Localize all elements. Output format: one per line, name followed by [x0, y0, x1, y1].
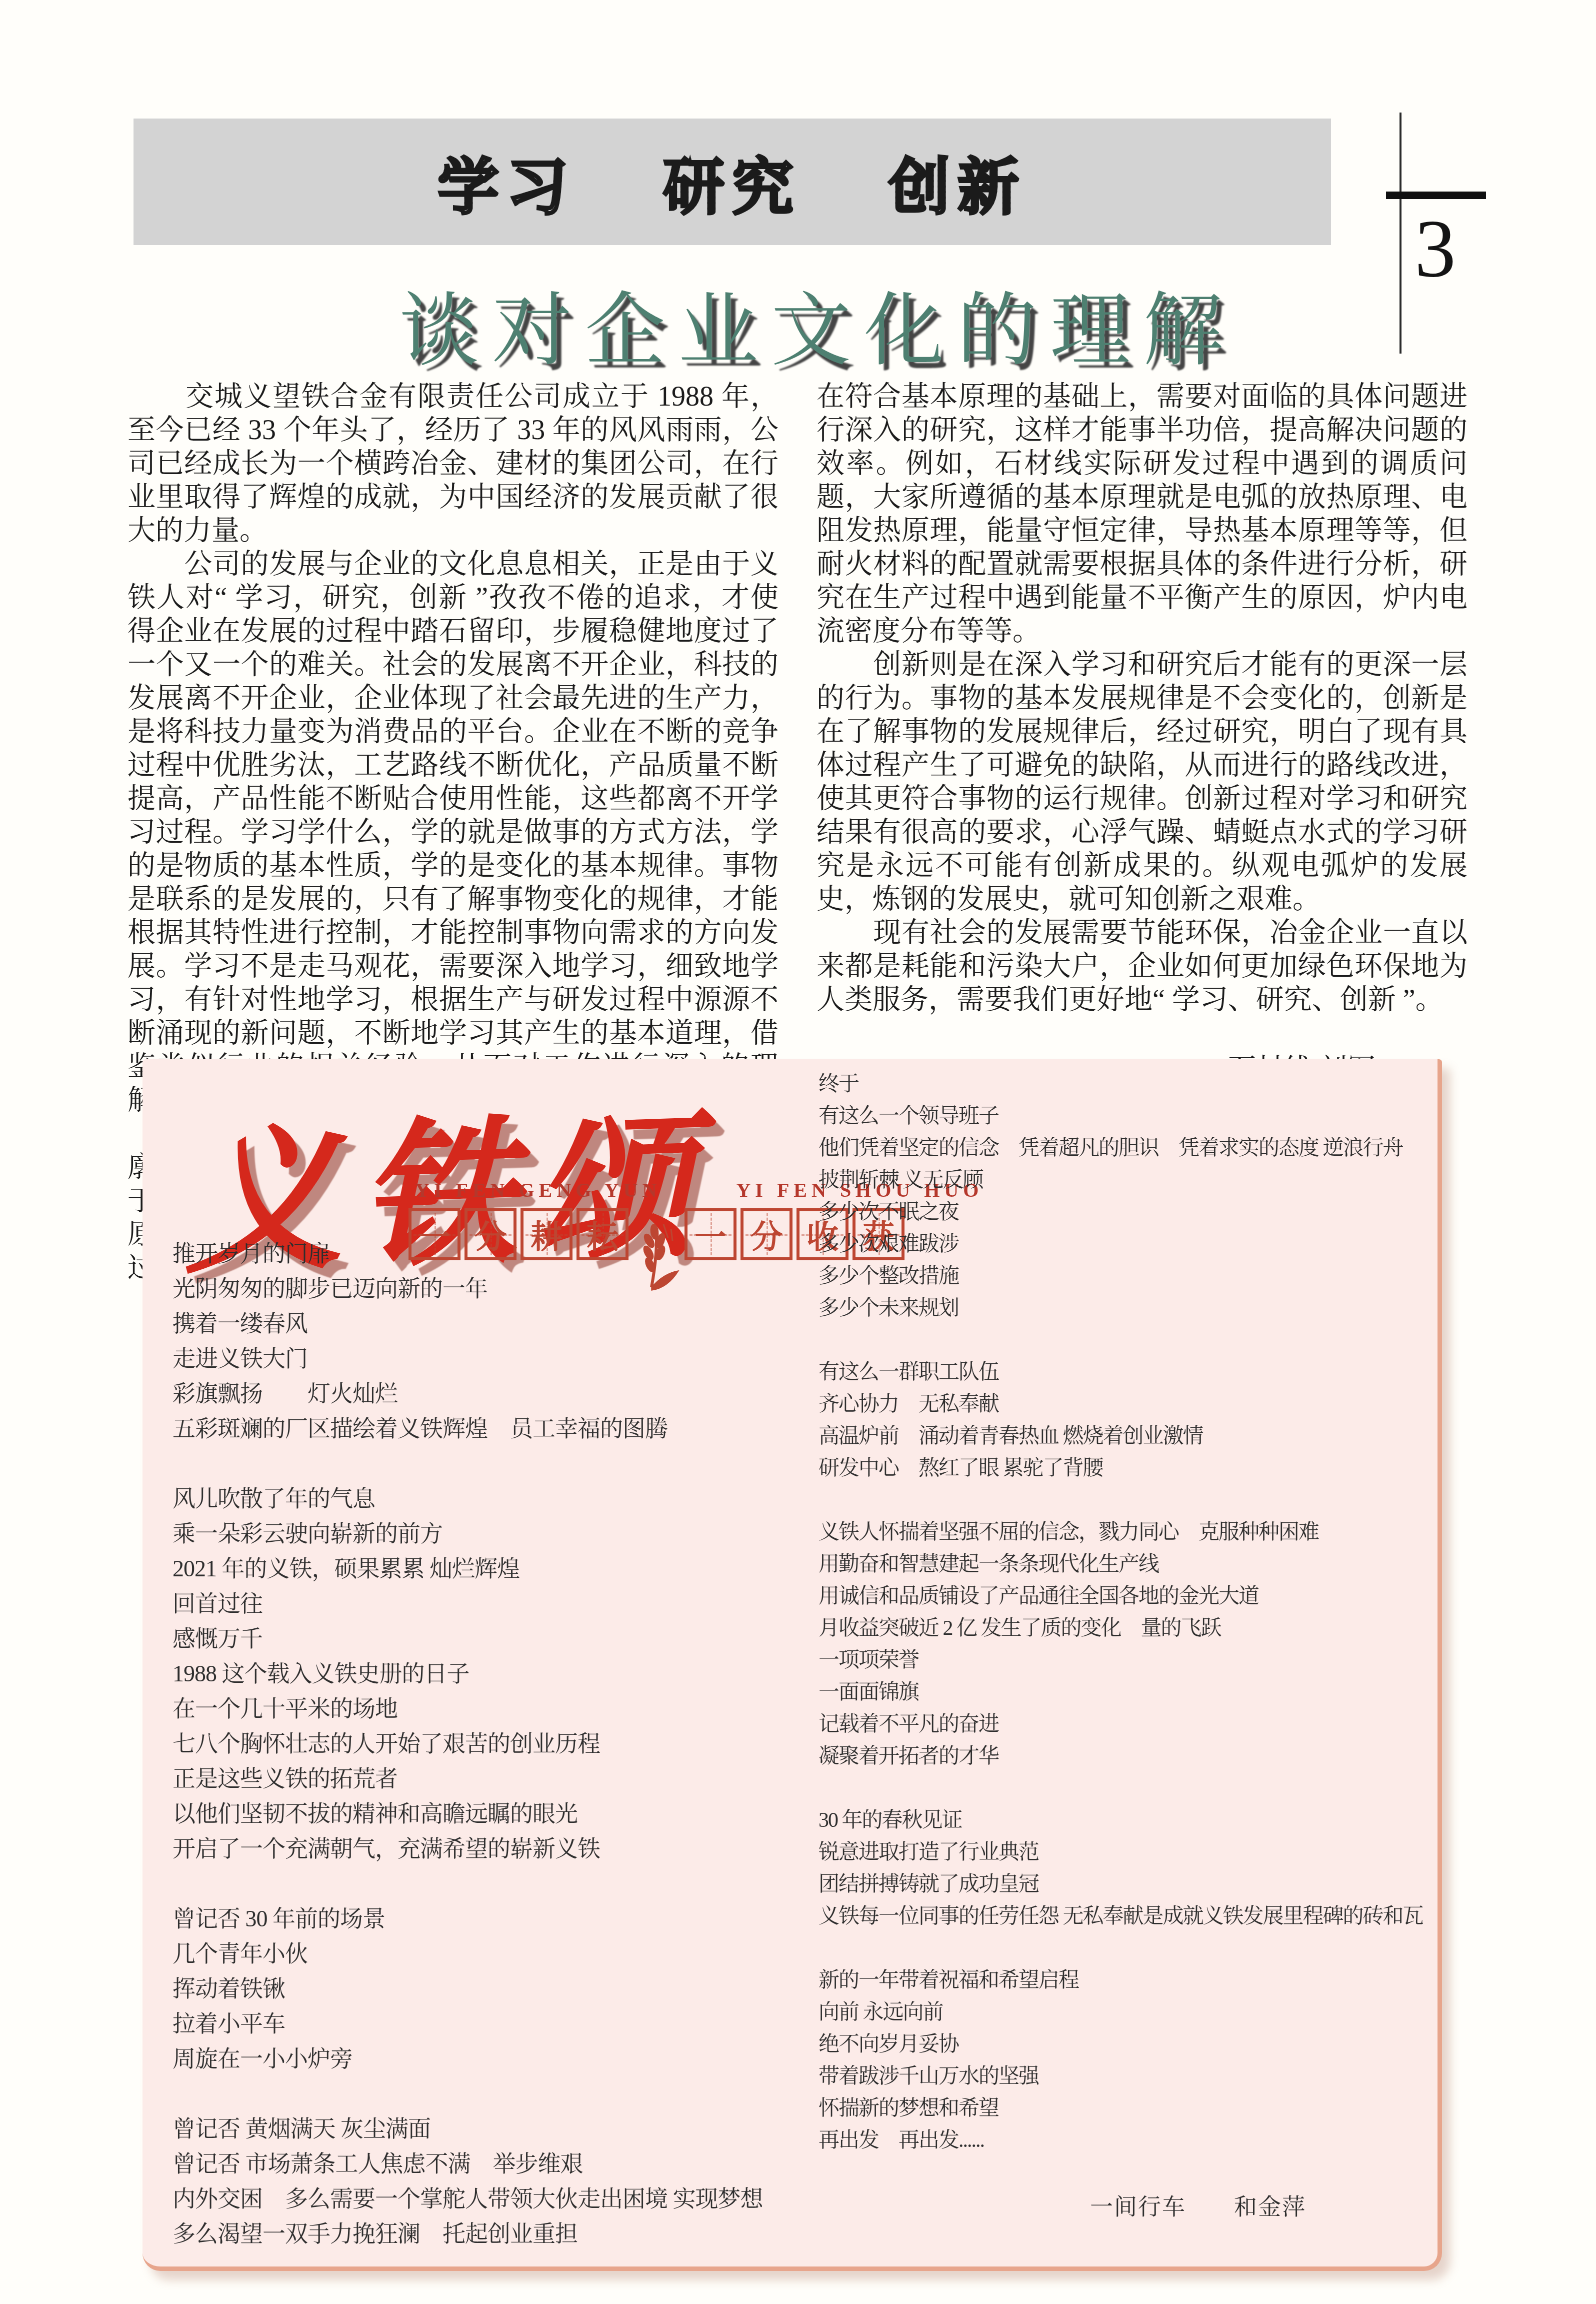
poem-line: 有这么一群职工队伍 [818, 1355, 1423, 1387]
poem-line: 一项项荣誉 [818, 1643, 1423, 1675]
poem-author-signature: 一间行车 和金萍 [1090, 2188, 1306, 2221]
poem-line: 多么渴望一双手力挽狂澜 托起创业重担 [172, 2215, 763, 2250]
poem-line: 团结拼搏铸就了成功皇冠 [818, 1867, 1423, 1899]
article-paragraph: 交城义望铁合金有限责任公司成立于 1988 年，至今已经 33 个年头了，经历了… [127, 380, 778, 548]
article-title: 谈对企业文化的理解 [399, 266, 1236, 381]
poem-line: 凝聚着开拓者的才华 [818, 1739, 1423, 1771]
poem-line: 锐意进取打造了行业典范 [818, 1835, 1423, 1867]
poem-line: 推开岁月的门扉 [172, 1235, 763, 1270]
pinyin-left: YI FEN GENG YUN [415, 1178, 661, 1202]
poem-line: 周旋在一小小炉旁 [172, 2040, 763, 2075]
poem-line: 开启了一个充满朝气，充满希望的崭新义铁 [172, 1830, 763, 1865]
poem-line: 披荆斩棘 义无反顾 [818, 1163, 1423, 1195]
poem-line: 以他们坚韧不拔的精神和高瞻远瞩的眼光 [172, 1795, 763, 1830]
poem-line: 几个青年小伙 [172, 1935, 763, 1970]
article-paragraph: 创新则是在深入学习和研究后才能有的更深一层的行为。事物的基本发展规律是不会变化的… [816, 648, 1467, 916]
poem-line: 光阴匆匆的脚步已迈向新的一年 [172, 1270, 763, 1305]
article-paragraph: 现有社会的发展需要节能环保，冶金企业一直以来都是耗能和污染大户，企业如何更加绿色… [816, 916, 1467, 1017]
poem-line: 30 年的春秋见证 [818, 1803, 1423, 1835]
poem-line: 怀揣新的梦想和希望 [818, 2091, 1423, 2123]
poem-line: 多少次艰难跋涉 [818, 1227, 1423, 1259]
poem-line [172, 1865, 763, 1900]
crop-mark-horizontal-line [1386, 192, 1486, 199]
poem-line: 高温炉前 涌动着青春热血 燃烧着创业激情 [818, 1419, 1423, 1451]
poem-line: 乘一朵彩云驶向崭新的前方 [172, 1515, 763, 1550]
article-column-right-paragraphs: 在符合基本原理的基础上，需要对面临的具体问题进行深入的研究，这样才能事半功倍，提… [816, 380, 1467, 1017]
poem-line: 义铁人怀揣着坚强不屈的信念，戮力同心 克服种种困难 [818, 1515, 1423, 1547]
poem-line: 正是这些义铁的拓荒者 [172, 1760, 763, 1795]
header-word-study: 学习 [438, 138, 576, 226]
section-header-band: 学习 研究 创新 [133, 119, 1331, 245]
poem-box: 义铁颂 YI FEN GENG YUN YI FEN SHOU HUO 一分耕耘 [142, 1059, 1442, 2271]
poem-line: 彩旗飘扬 灯火灿烂 [172, 1375, 763, 1410]
poem-line: 内外交困 多么需要一个掌舵人带领大伙走出困境 实现梦想 [172, 2180, 763, 2215]
poem-line [818, 1483, 1423, 1515]
poem-line: 向前 永远向前 [818, 1995, 1423, 2027]
poem-line: 曾记否 市场萧条工人焦虑不满 举步维艰 [172, 2145, 763, 2180]
poem-line [818, 1323, 1423, 1355]
article-paragraph: 在符合基本原理的基础上，需要对面临的具体问题进行深入的研究，这样才能事半功倍，提… [816, 380, 1467, 648]
poem-line: 七八个胸怀壮志的人开始了艰苦的创业历程 [172, 1725, 763, 1760]
poem-line: 义铁每一位同事的任劳任怨 无私奉献是成就义铁发展里程碑的砖和瓦 [818, 1899, 1423, 1931]
poem-line: 终于 [818, 1067, 1423, 1099]
poem-line: 新的一年带着祝福和希望启程 [818, 1963, 1423, 1995]
poem-line [172, 1445, 763, 1480]
poem-line: 风儿吹散了年的气息 [172, 1480, 763, 1515]
article-paragraph: 公司的发展与企业的文化息息相关，正是由于义铁人对“ 学习，研究，创新 ”孜孜不倦… [127, 548, 778, 1117]
pinyin-gap [661, 1178, 736, 1202]
newspaper-page: 学习 研究 创新 3 谈对企业文化的理解 交城义望铁合金有限责任公司成立于 19… [0, 0, 1596, 2304]
header-word-innovate: 创新 [889, 138, 1027, 226]
poem-line: 用诚信和品质铺设了产品通往全国各地的金光大道 [818, 1579, 1423, 1611]
header-word-research: 研究 [663, 138, 801, 226]
poem-line: 齐心协力 无私奉献 [818, 1387, 1423, 1419]
poem-line: 携着一缕春风 [172, 1305, 763, 1340]
poem-line: 1988 这个载入义铁史册的日子 [172, 1655, 763, 1690]
poem-line [818, 1771, 1423, 1803]
poem-line: 在一个几十平米的场地 [172, 1690, 763, 1725]
poem-column-left: 推开岁月的门扉光阴匆匆的脚步已迈向新的一年携着一缕春风走进义铁大门彩旗飘扬 灯火… [172, 1235, 763, 2250]
poem-line: 带着跋涉千山万水的坚强 [818, 2059, 1423, 2091]
poem-line: 多少个未来规划 [818, 1291, 1423, 1323]
poem-line: 他们凭着坚定的信念 凭着超凡的胆识 凭着求实的态度 逆浪行舟 [818, 1131, 1423, 1163]
poem-line: 五彩斑斓的厂区描绘着义铁辉煌 员工幸福的图腾 [172, 1410, 763, 1445]
poem-line: 多少个整改措施 [818, 1259, 1423, 1291]
poem-line: 月收益突破近 2 亿 发生了质的变化 量的飞跃 [818, 1611, 1423, 1643]
poem-line: 拉着小平车 [172, 2005, 763, 2040]
poem-line [818, 1931, 1423, 1963]
poem-line: 曾记否 30 年前的场景 [172, 1900, 763, 1935]
poem-line: 多少次不眠之夜 [818, 1195, 1423, 1227]
poem-line: 用勤奋和智慧建起一条条现代化生产线 [818, 1547, 1423, 1579]
poem-line: 感慨万千 [172, 1620, 763, 1655]
poem-line: 有这么一个领导班子 [818, 1099, 1423, 1131]
poem-line [172, 2075, 763, 2110]
poem-line: 挥动着铁锹 [172, 1970, 763, 2005]
poem-line: 记载着不平凡的奋进 [818, 1707, 1423, 1739]
page-number: 3 [1394, 199, 1476, 298]
poem-line: 走进义铁大门 [172, 1340, 763, 1375]
poem-line: 一面面锦旗 [818, 1675, 1423, 1707]
poem-line: 曾记否 黄烟满天 灰尘满面 [172, 2110, 763, 2145]
poem-line: 研发中心 熬红了眼 累驼了背腰 [818, 1451, 1423, 1483]
poem-column-right: 终于有这么一个领导班子他们凭着坚定的信念 凭着超凡的胆识 凭着求实的态度 逆浪行… [818, 1067, 1423, 2155]
poem-line: 回首过往 [172, 1585, 763, 1620]
poem-line: 绝不向岁月妥协 [818, 2027, 1423, 2059]
poem-line: 2021 年的义铁，硕果累累 灿烂辉煌 [172, 1550, 763, 1585]
poem-line: 再出发 再出发...... [818, 2123, 1423, 2155]
article-column-right: 在符合基本原理的基础上，需要对面临的具体问题进行深入的研究，这样才能事半功倍，提… [816, 380, 1467, 1086]
